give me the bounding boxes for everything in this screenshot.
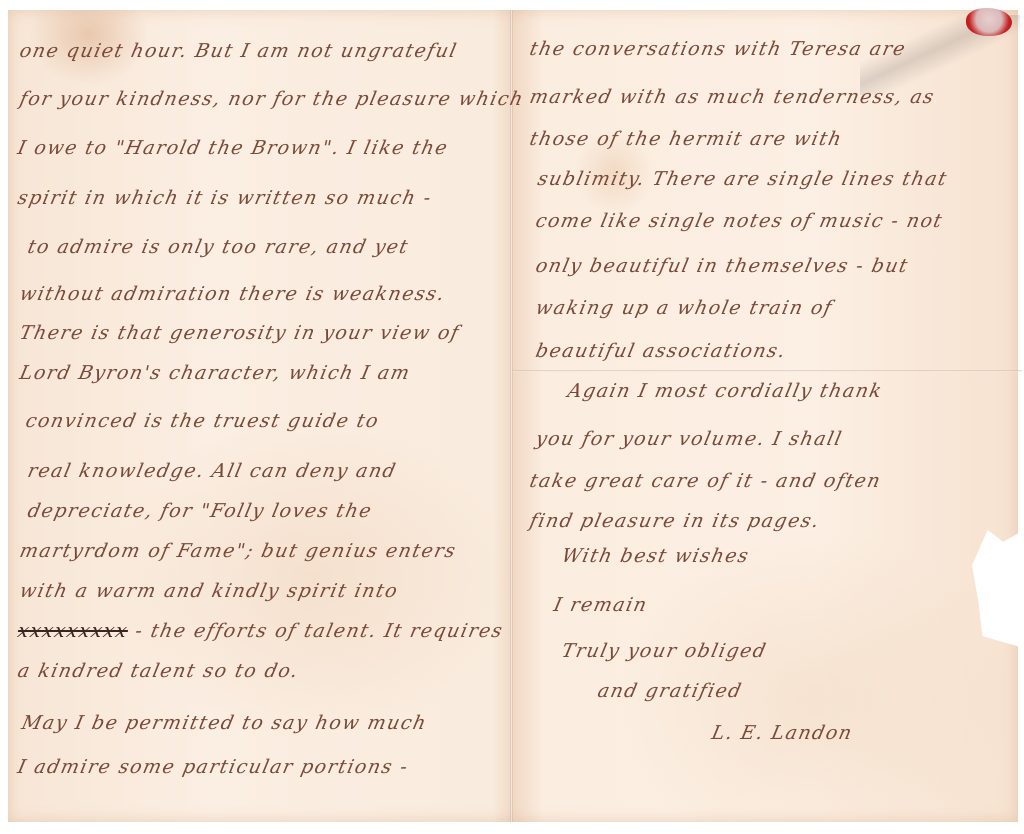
text-line: real knowledge. All can deny and bbox=[26, 460, 399, 482]
text-line: only beautiful in themselves - but bbox=[534, 255, 911, 277]
text-line: marked with as much tenderness, as bbox=[528, 86, 937, 108]
text-line: I admire some particular portions - bbox=[16, 756, 411, 778]
text-line: There is that generosity in your view of bbox=[18, 322, 462, 344]
text-line: take great care of it - and often bbox=[528, 470, 884, 492]
text-line: May I be permitted to say how much bbox=[20, 712, 430, 734]
text-line: come like single notes of music - not bbox=[534, 210, 945, 232]
left-page: one quiet hour. But I am not ungrateful … bbox=[0, 0, 510, 834]
text-line: I remain bbox=[552, 594, 650, 616]
text-fragment: the efforts of talent. It requires bbox=[149, 620, 506, 642]
text-line: those of the hermit are with bbox=[528, 128, 845, 150]
right-page: the conversations with Teresa are marked… bbox=[512, 0, 1024, 834]
text-line: martyrdom of Fame"; but genius enters bbox=[18, 540, 459, 562]
text-line: without admiration there is weakness. bbox=[18, 283, 448, 305]
text-line: waking up a whole train of bbox=[534, 297, 835, 319]
text-line: Truly your obliged bbox=[560, 640, 769, 662]
text-line: I owe to "Harold the Brown". I like the bbox=[16, 137, 451, 159]
text-line: and gratified bbox=[596, 680, 745, 702]
text-line: sublimity. There are single lines that bbox=[536, 168, 950, 190]
text-line: convinced is the truest guide to bbox=[24, 410, 382, 432]
text-line: beautiful associations. bbox=[534, 340, 789, 362]
text-line: for your kindness, nor for the pleasure … bbox=[18, 88, 527, 110]
text-line: xxxxxxxxx - the efforts of talent. It re… bbox=[16, 620, 506, 642]
text-line: spirit in which it is written so much - bbox=[16, 187, 435, 209]
text-line: to admire is only too rare, and yet bbox=[26, 236, 411, 258]
text-line: a kindred talent so to do. bbox=[16, 660, 301, 682]
struck-out-word: xxxxxxxxx bbox=[16, 620, 131, 642]
text-line: depreciate, for "Folly loves the bbox=[26, 500, 375, 522]
text-line: with a warm and kindly spirit into bbox=[18, 580, 401, 602]
text-line: the conversations with Teresa are bbox=[528, 38, 909, 60]
signature: L. E. Landon bbox=[710, 722, 855, 744]
text-line: one quiet hour. But I am not ungrateful bbox=[18, 40, 460, 62]
text-line: Again I most cordially thank bbox=[566, 380, 885, 402]
text-line: you for your volume. I shall bbox=[534, 428, 845, 450]
text-line: Lord Byron's character, which I am bbox=[18, 362, 413, 384]
text-line: With best wishes bbox=[560, 545, 752, 567]
text-line: find pleasure in its pages. bbox=[528, 510, 822, 532]
